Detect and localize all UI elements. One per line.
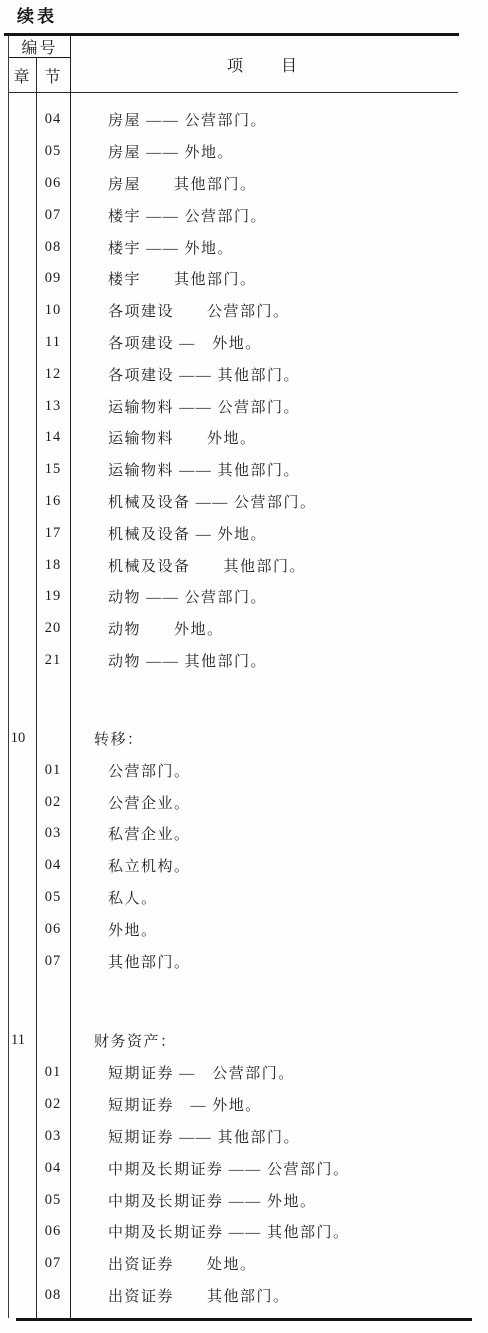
item-label-cell: 短期证券 —— 其他部门。 [70,1126,488,1147]
section-number-cell: 12 [36,366,70,383]
section-number-cell: 04 [36,1160,70,1177]
item-label-cell: 楼宇 —— 外地。 [70,237,488,258]
column-header-chapter: 章 [9,58,36,92]
section-number-cell: 17 [36,525,70,542]
item-label-cell: 中期及长期证券 —— 公营部门。 [70,1158,488,1179]
item-label-cell: 机械及设备 — 外地。 [70,523,488,544]
table-row: 04 私立机构。 [0,850,488,882]
section-number-cell: 02 [36,1096,70,1113]
section-number-cell: 11 [36,334,70,351]
table-row: 17 机械及设备 — 外地。 [0,517,488,549]
scanned-document-page: 续表 编号 章 节 项 目 04 房屋 —— 公营部门。 05 房屋 —— 外地… [0,0,488,1333]
chapter-number-cell: 11 [0,1032,36,1049]
table-row: 04 房屋 —— 公营部门。 [0,104,488,136]
item-label-cell: 短期证券 — 公营部门。 [70,1062,488,1083]
table-row: 10 转移： [0,722,488,754]
codes-table: 编号 章 节 项 目 04 房屋 —— 公营部门。 05 房屋 —— 外地。 0… [0,0,488,1333]
item-label-cell: 楼宇 其他部门。 [70,268,488,289]
section-number-cell: 05 [36,1192,70,1209]
section-number-cell: 03 [36,825,70,842]
table-row: 15 运输物料 —— 其他部门。 [0,454,488,486]
section-number-cell: 09 [36,270,70,287]
section-number-cell: 19 [36,588,70,605]
table-row: 01 短期证券 — 公营部门。 [0,1057,488,1089]
table-row: 18 机械及设备 其他部门。 [0,549,488,581]
item-label-cell: 私人。 [70,887,488,908]
section-number-cell: 16 [36,493,70,510]
section-number-cell: 05 [36,143,70,160]
section-number-cell: 02 [36,794,70,811]
table-bottom-border [16,1318,472,1321]
table-body: 04 房屋 —— 公营部门。 05 房屋 —— 外地。 06 房屋 其他部门。 … [0,96,488,1311]
item-label-cell: 各项建设 —— 其他部门。 [70,364,488,385]
section-number-cell: 01 [36,762,70,779]
table-row: 13 运输物料 —— 公营部门。 [0,390,488,422]
section-number-cell: 01 [36,1064,70,1081]
item-label-cell: 动物 —— 公营部门。 [70,586,488,607]
section-number-cell: 18 [36,557,70,574]
item-label-cell: 中期及长期证券 —— 外地。 [70,1190,488,1211]
section-number-cell: 07 [36,953,70,970]
table-row: 11 各项建设 — 外地。 [0,327,488,359]
section-number-cell: 05 [36,889,70,906]
item-label-cell: 公营企业。 [70,792,488,813]
table-row: 03 私营企业。 [0,818,488,850]
table-row: 21 动物 —— 其他部门。 [0,645,488,677]
section-number-cell: 07 [36,1255,70,1272]
item-label-cell: 中期及长期证券 —— 其他部门。 [70,1221,488,1242]
table-row: 05 私人。 [0,882,488,914]
item-label-cell: 转移： [70,728,488,749]
item-label-cell: 运输物料 —— 其他部门。 [70,459,488,480]
item-label-cell: 各项建设 — 外地。 [70,332,488,353]
item-label-cell: 楼宇 —— 公营部门。 [70,205,488,226]
section-number-cell: 06 [36,175,70,192]
item-label-cell: 财务资产： [70,1030,488,1051]
item-label-cell: 房屋 —— 公营部门。 [70,109,488,130]
item-label-cell: 短期证券 — 外地。 [70,1094,488,1115]
column-header-number-group: 编号 [9,36,70,57]
table-row: 19 动物 —— 公营部门。 [0,581,488,613]
item-label-cell: 各项建设 公营部门。 [70,300,488,321]
section-number-cell: 14 [36,429,70,446]
item-label-cell: 私营企业。 [70,823,488,844]
table-row: 03 短期证券 —— 其他部门。 [0,1121,488,1153]
table-row: 07 其他部门。 [0,945,488,977]
table-row: 04 中期及长期证券 —— 公营部门。 [0,1152,488,1184]
table-row: 06 房屋 其他部门。 [0,168,488,200]
item-label-cell: 公营部门。 [70,760,488,781]
item-label-cell: 动物 —— 其他部门。 [70,650,488,671]
item-label-cell: 机械及设备 其他部门。 [70,555,488,576]
section-number-cell: 20 [36,620,70,637]
table-row: 16 机械及设备 —— 公营部门。 [0,486,488,518]
section-number-cell: 21 [36,652,70,669]
section-number-cell: 04 [36,857,70,874]
table-row: 06 中期及长期证券 —— 其他部门。 [0,1216,488,1248]
item-label-cell: 运输物料 —— 公营部门。 [70,396,488,417]
table-row: 14 运输物料 外地。 [0,422,488,454]
table-row: 07 出资证券 处地。 [0,1248,488,1280]
item-label-cell: 其他部门。 [70,951,488,972]
table-row: 02 公营企业。 [0,786,488,818]
item-label-cell: 机械及设备 —— 公营部门。 [70,491,488,512]
section-number-cell: 04 [36,111,70,128]
item-label-cell: 动物 外地。 [70,618,488,639]
item-label-cell: 房屋 其他部门。 [70,173,488,194]
section-number-cell: 06 [36,921,70,938]
header-bottom-rule [8,92,458,93]
table-row: 09 楼宇 其他部门。 [0,263,488,295]
section-number-cell: 08 [36,239,70,256]
table-row: 12 各项建设 —— 其他部门。 [0,358,488,390]
table-row: 08 楼宇 —— 外地。 [0,231,488,263]
item-label-cell: 房屋 —— 外地。 [70,141,488,162]
item-label-cell: 外地。 [70,919,488,940]
section-gap [0,676,488,722]
item-label-cell: 私立机构。 [70,855,488,876]
item-label-cell: 出资证券 其他部门。 [70,1285,488,1306]
chapter-number-cell: 10 [0,730,36,747]
section-number-cell: 06 [36,1223,70,1240]
column-header-item: 项 目 [71,36,455,92]
section-number-cell: 07 [36,207,70,224]
section-number-cell: 13 [36,398,70,415]
table-row: 08 出资证券 其他部门。 [0,1280,488,1312]
table-row: 20 动物 外地。 [0,613,488,645]
table-row: 02 短期证券 — 外地。 [0,1089,488,1121]
item-label-cell: 出资证券 处地。 [70,1253,488,1274]
section-gap [0,977,488,1025]
section-number-cell: 08 [36,1287,70,1304]
table-row: 11 财务资产： [0,1025,488,1057]
column-header-section: 节 [37,58,70,92]
table-row: 01 公营部门。 [0,754,488,786]
section-number-cell: 15 [36,461,70,478]
section-number-cell: 10 [36,302,70,319]
table-row: 06 外地。 [0,913,488,945]
table-row: 07 楼宇 —— 公营部门。 [0,199,488,231]
table-row: 05 房屋 —— 外地。 [0,136,488,168]
section-number-cell: 03 [36,1128,70,1145]
table-row: 10 各项建设 公营部门。 [0,295,488,327]
item-label-cell: 运输物料 外地。 [70,427,488,448]
table-row: 05 中期及长期证券 —— 外地。 [0,1184,488,1216]
